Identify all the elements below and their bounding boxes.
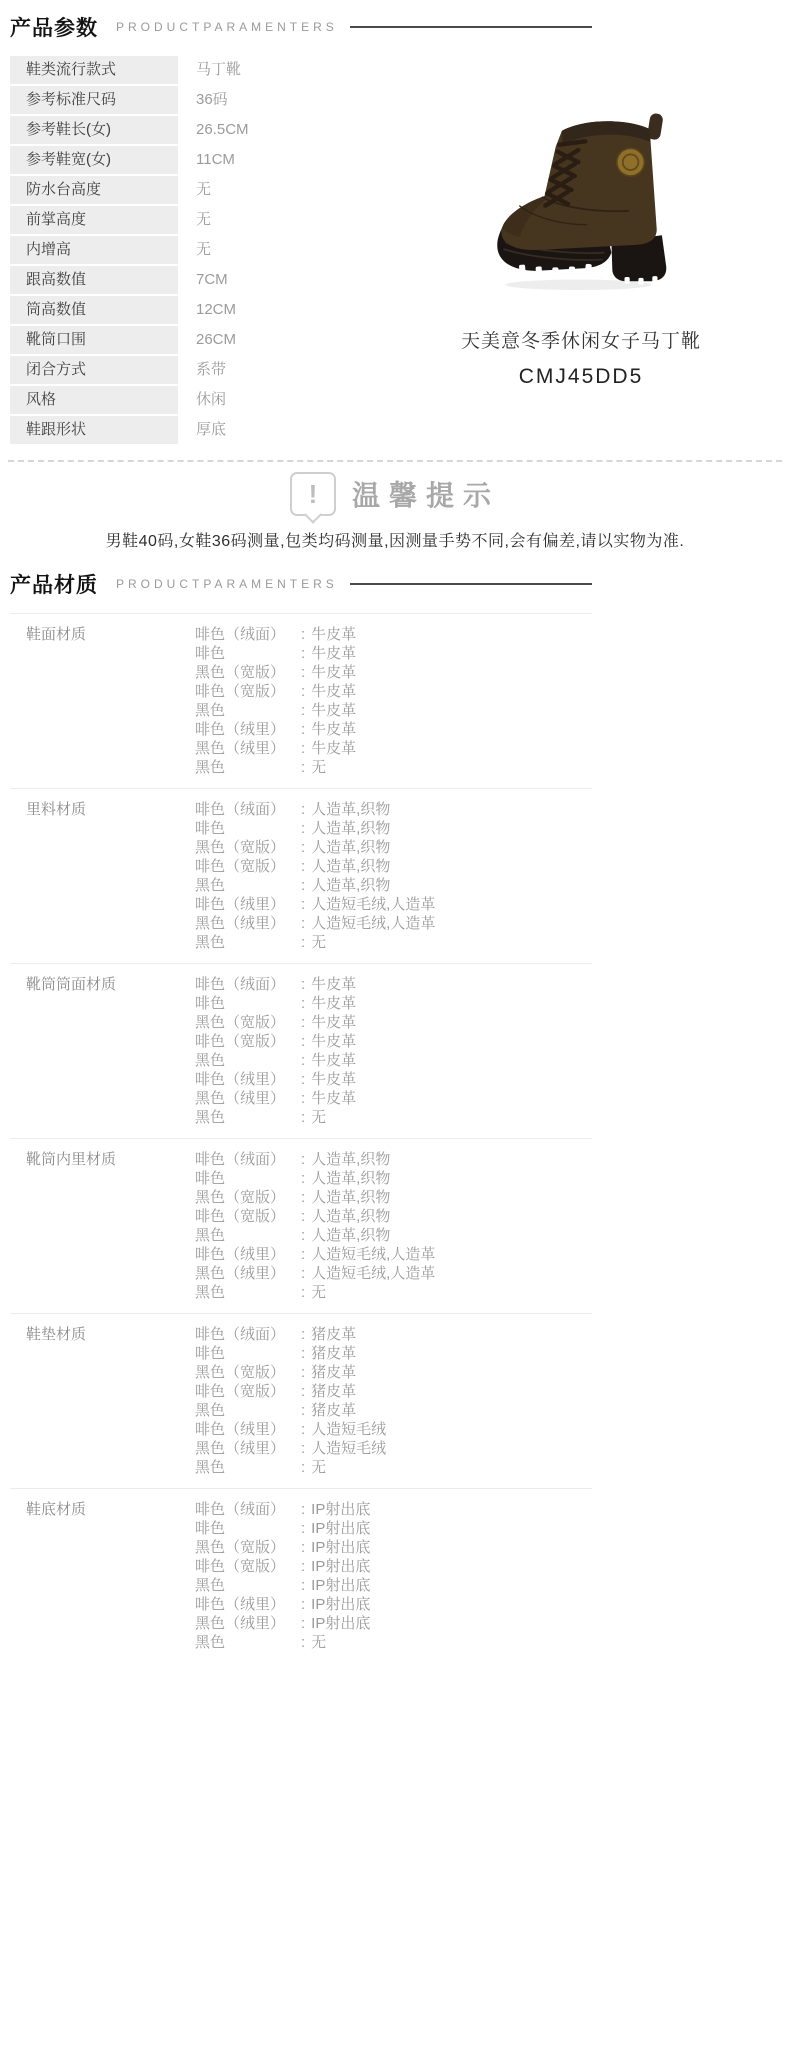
- product-column: 天美意冬季休闲女子马丁靴 CMJ45DD5: [372, 56, 790, 446]
- material-variant: 黑色: [195, 758, 301, 777]
- material-line: 黑色 : 猪皮革: [195, 1401, 592, 1420]
- parameter-row: 参考标准尺码 36码: [10, 86, 372, 114]
- parameters-subtitle: PRODUCTPARAMENTERS: [116, 20, 338, 34]
- material-colon: :: [301, 1188, 305, 1207]
- material-line: 黑色 : 人造革,织物: [195, 1226, 592, 1245]
- boot-illustration: [481, 90, 681, 310]
- material-variant: 啡色（绒里）: [195, 895, 301, 914]
- material-variant: 黑色（宽版）: [195, 838, 301, 857]
- parameters-area: 鞋类流行款式 马丁靴 参考标准尺码 36码 参考鞋长(女) 26.5CM 参考鞋…: [0, 56, 790, 446]
- material-line: 啡色 : 猪皮革: [195, 1344, 592, 1363]
- parameter-label: 参考鞋宽(女): [10, 146, 178, 174]
- material-variant: 黑色（绒里）: [195, 1264, 301, 1283]
- material-line: 黑色 : 牛皮革: [195, 1051, 592, 1070]
- material-variant: 黑色（绒里）: [195, 739, 301, 758]
- material-variant: 黑色: [195, 701, 301, 720]
- material-line: 黑色 : 无: [195, 1458, 592, 1477]
- material-colon: :: [301, 1150, 305, 1169]
- material-variant: 啡色: [195, 1169, 301, 1188]
- material-value: 牛皮革: [311, 1070, 356, 1089]
- material-value: 无: [311, 1458, 326, 1477]
- tips-text: 男鞋40码,女鞋36码测量,包类均码测量,因测量手势不同,会有偏差,请以实物为准…: [106, 528, 685, 551]
- material-group-title: 靴筒筒面材质: [10, 975, 195, 1127]
- material-colon: :: [301, 994, 305, 1013]
- material-value: IP射出底: [311, 1576, 370, 1595]
- material-colon: :: [301, 933, 305, 952]
- material-value: 人造短毛绒: [311, 1420, 386, 1439]
- material-line: 黑色（宽版） : 猪皮革: [195, 1363, 592, 1382]
- material-colon: :: [301, 1557, 305, 1576]
- material-colon: :: [301, 895, 305, 914]
- material-line: 啡色（绒里） : 人造短毛绒,人造革: [195, 895, 592, 914]
- material-variant: 黑色（宽版）: [195, 1013, 301, 1032]
- material-group-lines: 啡色（绒面） : 人造革,织物 啡色 : 人造革,织物 黑色（宽版） : 人造革…: [195, 1150, 592, 1302]
- material-colon: :: [301, 739, 305, 758]
- material-value: 牛皮革: [311, 1032, 356, 1051]
- material-value: 人造革,织物: [311, 1207, 390, 1226]
- material-line: 黑色 : 人造革,织物: [195, 876, 592, 895]
- material-value: 人造短毛绒,人造革: [311, 1245, 435, 1264]
- material-colon: :: [301, 625, 305, 644]
- material-value: IP射出底: [311, 1500, 370, 1519]
- material-variant: 黑色: [195, 1401, 301, 1420]
- material-line: 啡色 : 人造革,织物: [195, 819, 592, 838]
- material-group-title: 鞋底材质: [10, 1500, 195, 1652]
- material-value: IP射出底: [311, 1557, 370, 1576]
- material-value: 牛皮革: [311, 625, 356, 644]
- material-line: 啡色（绒里） : 牛皮革: [195, 720, 592, 739]
- material-variant: 啡色（绒面）: [195, 1325, 301, 1344]
- material-value: 人造革,织物: [311, 1226, 390, 1245]
- material-group-lines: 啡色（绒面） : 牛皮革 啡色 : 牛皮革 黑色（宽版） : 牛皮革 啡色（宽版…: [195, 975, 592, 1127]
- material-group: 靴筒内里材质 啡色（绒面） : 人造革,织物 啡色 : 人造革,织物 黑色（宽版…: [10, 1138, 592, 1313]
- material-variant: 黑色（绒里）: [195, 914, 301, 933]
- parameter-value: 休闲: [178, 386, 372, 414]
- material-colon: :: [301, 975, 305, 994]
- material-variant: 啡色: [195, 1344, 301, 1363]
- material-variant: 啡色（绒面）: [195, 800, 301, 819]
- material-value: 牛皮革: [311, 644, 356, 663]
- material-line: 啡色 : IP射出底: [195, 1519, 592, 1538]
- material-line: 黑色（宽版） : 人造革,织物: [195, 838, 592, 857]
- material-variant: 黑色: [195, 1458, 301, 1477]
- material-variant: 黑色（绒里）: [195, 1089, 301, 1108]
- parameter-row: 筒高数值 12CM: [10, 296, 372, 324]
- tips-header: ! 温馨提示: [290, 472, 500, 516]
- material-value: 牛皮革: [311, 701, 356, 720]
- material-value: 无: [311, 1283, 326, 1302]
- material-variant: 啡色（绒面）: [195, 975, 301, 994]
- parameter-label: 防水台高度: [10, 176, 178, 204]
- parameter-row: 靴筒口围 26CM: [10, 326, 372, 354]
- parameter-label: 鞋类流行款式: [10, 56, 178, 84]
- material-value: 人造革,织物: [311, 800, 390, 819]
- material-line: 黑色（宽版） : 牛皮革: [195, 1013, 592, 1032]
- material-line: 啡色（绒里） : 牛皮革: [195, 1070, 592, 1089]
- material-value: 无: [311, 1633, 326, 1652]
- parameter-row: 跟高数值 7CM: [10, 266, 372, 294]
- material-colon: :: [301, 800, 305, 819]
- product-model: CMJ45DD5: [519, 365, 644, 389]
- material-colon: :: [301, 644, 305, 663]
- material-group-lines: 啡色（绒面） : 人造革,织物 啡色 : 人造革,织物 黑色（宽版） : 人造革…: [195, 800, 592, 952]
- parameter-value: 无: [178, 176, 372, 204]
- material-value: 人造短毛绒: [311, 1439, 386, 1458]
- material-colon: :: [301, 1401, 305, 1420]
- material-value: 猪皮革: [311, 1363, 356, 1382]
- material-line: 啡色（宽版） : 猪皮革: [195, 1382, 592, 1401]
- material-colon: :: [301, 1070, 305, 1089]
- parameters-table: 鞋类流行款式 马丁靴 参考标准尺码 36码 参考鞋长(女) 26.5CM 参考鞋…: [0, 56, 372, 446]
- material-variant: 啡色（绒里）: [195, 720, 301, 739]
- materials-section-header: 产品材质 PRODUCTPARAMENTERS: [0, 567, 592, 601]
- material-variant: 啡色（宽版）: [195, 1207, 301, 1226]
- material-colon: :: [301, 1169, 305, 1188]
- parameter-row: 内增高 无: [10, 236, 372, 264]
- material-line: 黑色（绒里） : 牛皮革: [195, 739, 592, 758]
- parameter-value: 11CM: [178, 146, 372, 174]
- material-colon: :: [301, 682, 305, 701]
- material-colon: :: [301, 1032, 305, 1051]
- material-group: 鞋底材质 啡色（绒面） : IP射出底 啡色 : IP射出底 黑色（宽版） : …: [10, 1488, 592, 1663]
- material-line: 啡色（绒里） : 人造短毛绒,人造革: [195, 1245, 592, 1264]
- material-colon: :: [301, 1633, 305, 1652]
- material-line: 啡色 : 人造革,织物: [195, 1169, 592, 1188]
- material-variant: 黑色（绒里）: [195, 1614, 301, 1633]
- parameter-value: 26CM: [178, 326, 372, 354]
- material-variant: 黑色: [195, 1226, 301, 1245]
- material-colon: :: [301, 1283, 305, 1302]
- material-colon: :: [301, 1538, 305, 1557]
- material-line: 黑色（宽版） : 牛皮革: [195, 663, 592, 682]
- material-variant: 啡色（绒面）: [195, 1500, 301, 1519]
- materials-subtitle: PRODUCTPARAMENTERS: [116, 577, 338, 591]
- material-variant: 啡色: [195, 819, 301, 838]
- dashed-divider: [8, 460, 782, 462]
- parameter-label: 跟高数值: [10, 266, 178, 294]
- material-line: 啡色（宽版） : 人造革,织物: [195, 857, 592, 876]
- material-variant: 啡色（绒里）: [195, 1070, 301, 1089]
- parameter-label: 参考鞋长(女): [10, 116, 178, 144]
- material-value: IP射出底: [311, 1538, 370, 1557]
- material-line: 黑色（宽版） : IP射出底: [195, 1538, 592, 1557]
- material-line: 黑色 : 无: [195, 933, 592, 952]
- material-value: 牛皮革: [311, 720, 356, 739]
- parameter-row: 风格 休闲: [10, 386, 372, 414]
- material-group-title: 鞋垫材质: [10, 1325, 195, 1477]
- material-variant: 啡色（绒里）: [195, 1595, 301, 1614]
- material-line: 啡色（绒面） : 人造革,织物: [195, 800, 592, 819]
- parameter-value: 7CM: [178, 266, 372, 294]
- parameter-value: 无: [178, 236, 372, 264]
- material-group: 里料材质 啡色（绒面） : 人造革,织物 啡色 : 人造革,织物 黑色（宽版） …: [10, 788, 592, 963]
- material-variant: 啡色（宽版）: [195, 1557, 301, 1576]
- material-line: 黑色（绒里） : 牛皮革: [195, 1089, 592, 1108]
- product-detail-page: 产品参数 PRODUCTPARAMENTERS 鞋类流行款式 马丁靴 参考标准尺…: [0, 0, 790, 2050]
- material-group-title: 靴筒内里材质: [10, 1150, 195, 1302]
- material-line: 黑色 : 无: [195, 1108, 592, 1127]
- material-line: 啡色（宽版） : 人造革,织物: [195, 1207, 592, 1226]
- material-line: 啡色（绒面） : 牛皮革: [195, 975, 592, 994]
- material-colon: :: [301, 1226, 305, 1245]
- material-line: 黑色 : IP射出底: [195, 1576, 592, 1595]
- parameter-row: 鞋跟形状 厚底: [10, 416, 372, 444]
- material-group-lines: 啡色（绒面） : IP射出底 啡色 : IP射出底 黑色（宽版） : IP射出底…: [195, 1500, 592, 1652]
- parameter-label: 闭合方式: [10, 356, 178, 384]
- material-colon: :: [301, 857, 305, 876]
- material-variant: 黑色（宽版）: [195, 1363, 301, 1382]
- material-group-title: 鞋面材质: [10, 625, 195, 777]
- material-line: 黑色（宽版） : 人造革,织物: [195, 1188, 592, 1207]
- material-line: 啡色（宽版） : 牛皮革: [195, 682, 592, 701]
- material-group: 鞋垫材质 啡色（绒面） : 猪皮革 啡色 : 猪皮革 黑色（宽版） : 猪皮革 …: [10, 1313, 592, 1488]
- material-line: 啡色（绒里） : 人造短毛绒: [195, 1420, 592, 1439]
- material-line: 黑色（绒里） : 人造短毛绒,人造革: [195, 1264, 592, 1283]
- parameter-row: 参考鞋宽(女) 11CM: [10, 146, 372, 174]
- material-variant: 啡色（绒面）: [195, 1150, 301, 1169]
- material-line: 啡色（宽版） : IP射出底: [195, 1557, 592, 1576]
- material-colon: :: [301, 1245, 305, 1264]
- material-colon: :: [301, 1363, 305, 1382]
- material-group: 鞋面材质 啡色（绒面） : 牛皮革 啡色 : 牛皮革 黑色（宽版） : 牛皮革 …: [10, 613, 592, 788]
- material-value: 人造革,织物: [311, 1188, 390, 1207]
- parameter-row: 防水台高度 无: [10, 176, 372, 204]
- material-variant: 啡色（宽版）: [195, 1382, 301, 1401]
- material-value: 人造革,织物: [311, 876, 390, 895]
- material-variant: 黑色（宽版）: [195, 1538, 301, 1557]
- material-value: 人造革,织物: [311, 857, 390, 876]
- material-value: 牛皮革: [311, 682, 356, 701]
- product-name: 天美意冬季休闲女子马丁靴: [461, 326, 701, 353]
- material-colon: :: [301, 876, 305, 895]
- material-group-lines: 啡色（绒面） : 猪皮革 啡色 : 猪皮革 黑色（宽版） : 猪皮革 啡色（宽版…: [195, 1325, 592, 1477]
- material-value: 人造革,织物: [311, 1150, 390, 1169]
- material-variant: 黑色（宽版）: [195, 663, 301, 682]
- material-colon: :: [301, 1576, 305, 1595]
- product-photo: [481, 62, 681, 310]
- material-variant: 黑色: [195, 1633, 301, 1652]
- material-line: 黑色（绒里） : 人造短毛绒,人造革: [195, 914, 592, 933]
- material-value: 猪皮革: [311, 1325, 356, 1344]
- material-variant: 啡色: [195, 1519, 301, 1538]
- parameter-label: 靴筒口围: [10, 326, 178, 354]
- material-value: 无: [311, 758, 326, 777]
- parameter-value: 26.5CM: [178, 116, 372, 144]
- material-value: 人造革,织物: [311, 838, 390, 857]
- material-value: IP射出底: [311, 1519, 370, 1538]
- material-value: 人造短毛绒,人造革: [311, 895, 435, 914]
- materials-title: 产品材质: [10, 569, 98, 599]
- parameter-label: 内增高: [10, 236, 178, 264]
- material-line: 啡色（绒面） : IP射出底: [195, 1500, 592, 1519]
- material-value: IP射出底: [311, 1614, 370, 1633]
- parameter-value: 12CM: [178, 296, 372, 324]
- material-variant: 啡色: [195, 994, 301, 1013]
- parameter-label: 参考标准尺码: [10, 86, 178, 114]
- material-variant: 啡色（绒里）: [195, 1420, 301, 1439]
- parameter-value: 马丁靴: [178, 56, 372, 84]
- material-value: IP射出底: [311, 1595, 370, 1614]
- material-colon: :: [301, 1264, 305, 1283]
- material-group: 靴筒筒面材质 啡色（绒面） : 牛皮革 啡色 : 牛皮革 黑色（宽版） : 牛皮…: [10, 963, 592, 1138]
- material-colon: :: [301, 663, 305, 682]
- material-group-lines: 啡色（绒面） : 牛皮革 啡色 : 牛皮革 黑色（宽版） : 牛皮革 啡色（宽版…: [195, 625, 592, 777]
- material-colon: :: [301, 1500, 305, 1519]
- material-colon: :: [301, 1344, 305, 1363]
- material-colon: :: [301, 1325, 305, 1344]
- material-colon: :: [301, 1519, 305, 1538]
- material-value: 人造革,织物: [311, 1169, 390, 1188]
- material-line: 黑色 : 无: [195, 758, 592, 777]
- parameter-label: 前掌高度: [10, 206, 178, 234]
- material-colon: :: [301, 1439, 305, 1458]
- material-colon: :: [301, 701, 305, 720]
- material-value: 人造短毛绒,人造革: [311, 914, 435, 933]
- material-line: 黑色（绒里） : 人造短毛绒: [195, 1439, 592, 1458]
- material-value: 牛皮革: [311, 663, 356, 682]
- parameter-row: 闭合方式 系带: [10, 356, 372, 384]
- parameter-value: 系带: [178, 356, 372, 384]
- material-group-title: 里料材质: [10, 800, 195, 952]
- material-value: 人造革,织物: [311, 819, 390, 838]
- material-colon: :: [301, 838, 305, 857]
- parameters-section-header: 产品参数 PRODUCTPARAMENTERS: [0, 10, 592, 44]
- material-value: 猪皮革: [311, 1401, 356, 1420]
- material-colon: :: [301, 1458, 305, 1477]
- parameter-label: 筒高数值: [10, 296, 178, 324]
- material-line: 啡色（绒面） : 人造革,织物: [195, 1150, 592, 1169]
- material-variant: 黑色: [195, 876, 301, 895]
- boot-badge-icon: [617, 148, 645, 176]
- material-colon: :: [301, 720, 305, 739]
- material-variant: 黑色: [195, 933, 301, 952]
- parameters-title: 产品参数: [10, 12, 98, 42]
- material-variant: 啡色（宽版）: [195, 1032, 301, 1051]
- material-colon: :: [301, 1614, 305, 1633]
- material-colon: :: [301, 1051, 305, 1070]
- parameter-value: 无: [178, 206, 372, 234]
- material-line: 黑色 : 无: [195, 1633, 592, 1652]
- material-line: 啡色（绒面） : 牛皮革: [195, 625, 592, 644]
- material-variant: 黑色: [195, 1576, 301, 1595]
- material-variant: 啡色（绒里）: [195, 1245, 301, 1264]
- material-variant: 啡色（宽版）: [195, 682, 301, 701]
- material-colon: :: [301, 1420, 305, 1439]
- material-colon: :: [301, 1382, 305, 1401]
- material-line: 啡色（宽版） : 牛皮革: [195, 1032, 592, 1051]
- parameter-label: 风格: [10, 386, 178, 414]
- parameter-value: 36码: [178, 86, 372, 114]
- material-variant: 啡色（绒面）: [195, 625, 301, 644]
- material-value: 牛皮革: [311, 739, 356, 758]
- material-line: 黑色（绒里） : IP射出底: [195, 1614, 592, 1633]
- material-value: 猪皮革: [311, 1382, 356, 1401]
- material-line: 黑色 : 无: [195, 1283, 592, 1302]
- tips-section: ! 温馨提示 男鞋40码,女鞋36码测量,包类均码测量,因测量手势不同,会有偏差…: [0, 472, 790, 551]
- material-colon: :: [301, 1013, 305, 1032]
- header-rule: [350, 583, 592, 585]
- material-value: 牛皮革: [311, 975, 356, 994]
- material-variant: 啡色（宽版）: [195, 857, 301, 876]
- material-variant: 黑色（绒里）: [195, 1439, 301, 1458]
- parameter-label: 鞋跟形状: [10, 416, 178, 444]
- parameter-row: 参考鞋长(女) 26.5CM: [10, 116, 372, 144]
- material-value: 无: [311, 933, 326, 952]
- material-value: 猪皮革: [311, 1344, 356, 1363]
- material-colon: :: [301, 1595, 305, 1614]
- material-line: 啡色（绒面） : 猪皮革: [195, 1325, 592, 1344]
- material-variant: 黑色（宽版）: [195, 1188, 301, 1207]
- material-colon: :: [301, 819, 305, 838]
- parameter-row: 前掌高度 无: [10, 206, 372, 234]
- material-line: 黑色 : 牛皮革: [195, 701, 592, 720]
- material-colon: :: [301, 914, 305, 933]
- material-variant: 黑色: [195, 1051, 301, 1070]
- parameter-value: 厚底: [178, 416, 372, 444]
- material-colon: :: [301, 1207, 305, 1226]
- material-line: 啡色（绒里） : IP射出底: [195, 1595, 592, 1614]
- material-value: 无: [311, 1108, 326, 1127]
- material-variant: 啡色: [195, 644, 301, 663]
- material-colon: :: [301, 1089, 305, 1108]
- material-value: 牛皮革: [311, 994, 356, 1013]
- material-line: 啡色 : 牛皮革: [195, 994, 592, 1013]
- material-colon: :: [301, 1108, 305, 1127]
- materials-table: 鞋面材质 啡色（绒面） : 牛皮革 啡色 : 牛皮革 黑色（宽版） : 牛皮革 …: [10, 613, 592, 1663]
- material-variant: 黑色: [195, 1283, 301, 1302]
- exclamation-bubble-icon: !: [290, 472, 336, 516]
- material-value: 牛皮革: [311, 1051, 356, 1070]
- material-value: 牛皮革: [311, 1013, 356, 1032]
- material-variant: 黑色: [195, 1108, 301, 1127]
- material-value: 人造短毛绒,人造革: [311, 1264, 435, 1283]
- header-rule: [350, 26, 592, 28]
- material-colon: :: [301, 758, 305, 777]
- parameter-row: 鞋类流行款式 马丁靴: [10, 56, 372, 84]
- material-value: 牛皮革: [311, 1089, 356, 1108]
- material-line: 啡色 : 牛皮革: [195, 644, 592, 663]
- tips-title: 温馨提示: [352, 474, 500, 514]
